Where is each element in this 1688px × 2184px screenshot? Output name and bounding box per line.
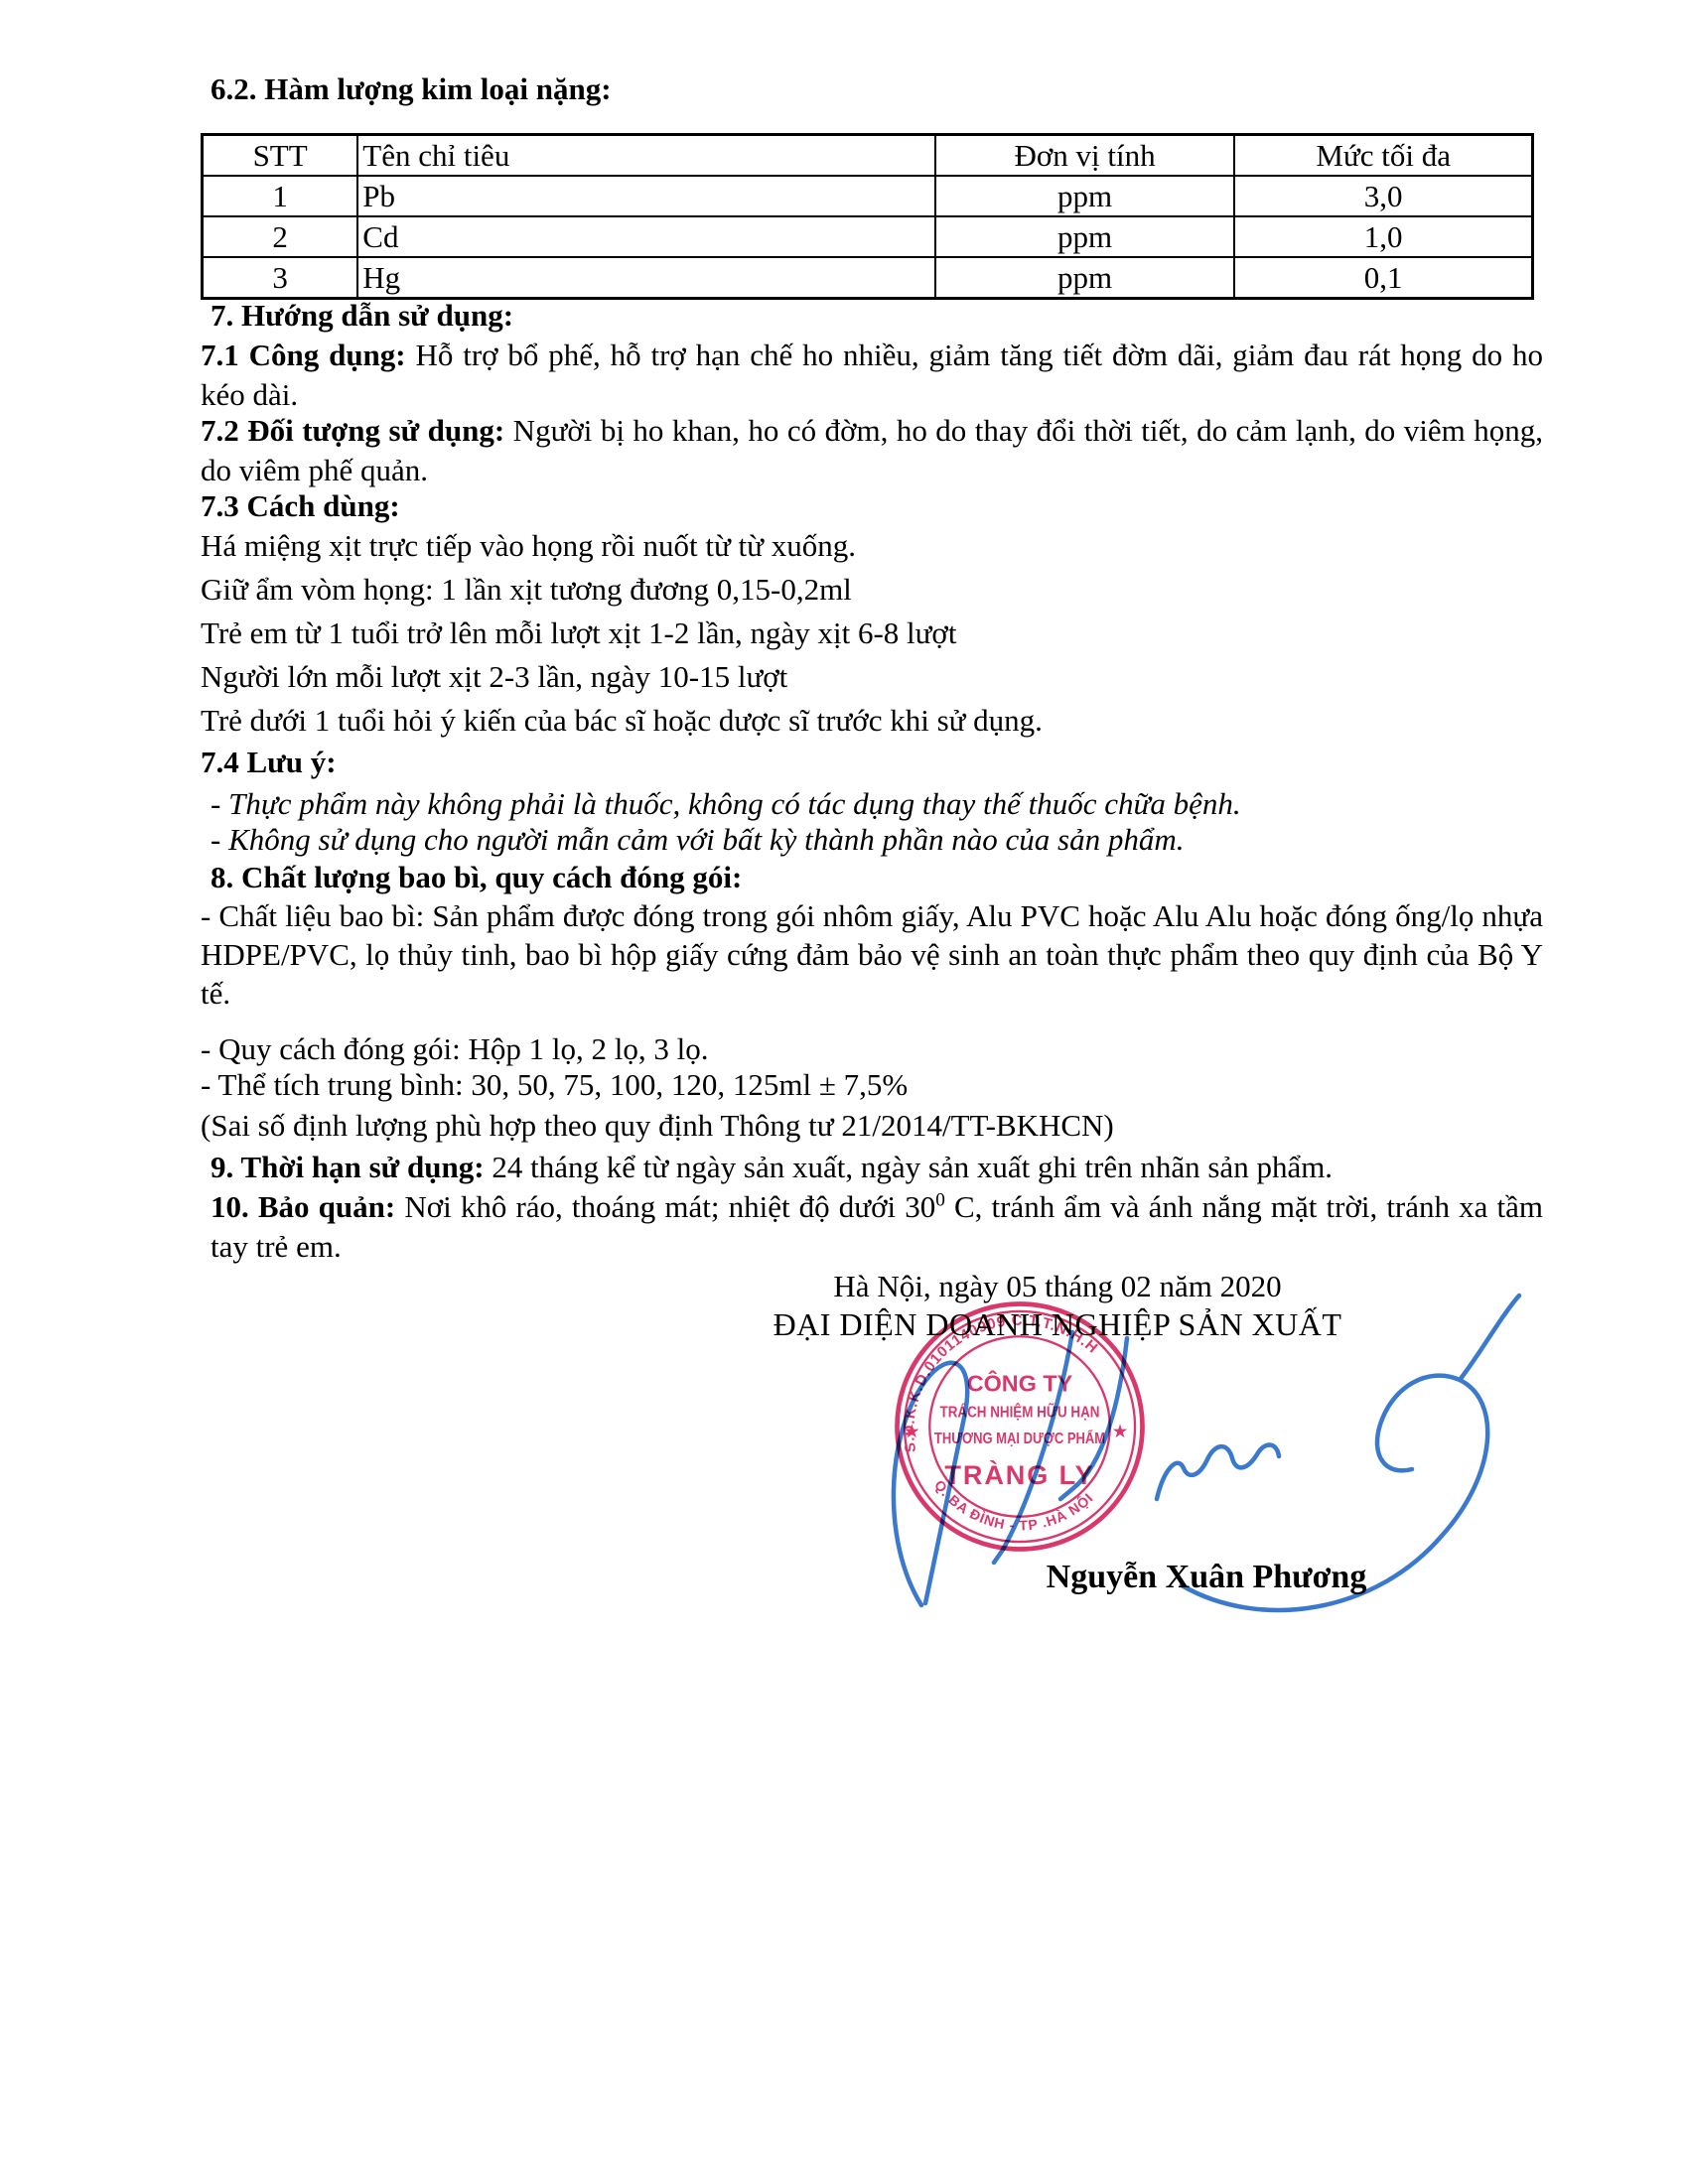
section-8-material-paragraph: - Chất liệu bao bì: Sản phẩm được đóng t… [201, 896, 1543, 1013]
cell-name: Pb [357, 176, 935, 216]
method-line: Giữ ẩm vòm họng: 1 lần xịt tương đương 0… [201, 568, 1543, 612]
cell-unit: ppm [935, 257, 1234, 299]
section-8-tolerance-line: (Sai số định lượng phù hợp theo quy định… [201, 1106, 1543, 1146]
section-9-text: 24 tháng kể từ ngày sản xuất, ngày sản x… [485, 1150, 1333, 1184]
table-row: 2 Cd ppm 1,0 [203, 216, 1533, 257]
section-9-label: 9. Thời hạn sử dụng: [211, 1150, 485, 1184]
table-row: 1 Pb ppm 3,0 [203, 176, 1533, 216]
section-7-4-heading: 7.4 Lưu ý: [201, 743, 1543, 782]
col-header-stt: STT [203, 135, 358, 177]
signature-stroke [1157, 1444, 1279, 1499]
cell-max: 1,0 [1234, 216, 1532, 257]
table-row: 3 Hg ppm 0,1 [203, 257, 1533, 299]
section-7-heading: 7. Hướng dẫn sử dụng: [201, 296, 1543, 336]
signature-stroke [1060, 1338, 1127, 1499]
table-header-row: STT Tên chỉ tiêu Đơn vị tính Mức tối đa [203, 135, 1533, 177]
col-header-unit: Đơn vị tính [935, 135, 1234, 177]
cell-stt: 2 [203, 216, 358, 257]
section-7-2-paragraph: 7.2 Đối tượng sử dụng: Người bị ho khan,… [201, 411, 1543, 490]
section-8-packing-line: - Quy cách đóng gói: Hộp 1 lọ, 2 lọ, 3 l… [201, 1029, 1543, 1069]
note-line: - Không sử dụng cho người mẫn cảm với bấ… [201, 820, 1543, 860]
col-header-max: Mức tối đa [1234, 135, 1532, 177]
temperature-superscript: 0 [935, 1190, 945, 1211]
cell-stt: 1 [203, 176, 358, 216]
cell-unit: ppm [935, 176, 1234, 216]
cell-name: Cd [357, 216, 935, 257]
signature-stroke [1460, 1296, 1519, 1380]
section-7-2-label: 7.2 Đối tượng sử dụng: [201, 413, 504, 448]
method-line: Trẻ em từ 1 tuổi trở lên mỗi lượt xịt 1-… [201, 612, 1543, 655]
section-9-paragraph: 9. Thời hạn sử dụng: 24 tháng kể từ ngày… [201, 1148, 1543, 1187]
col-header-name: Tên chỉ tiêu [357, 135, 935, 177]
signature-stroke [894, 1363, 967, 1605]
section-10-text: Nơi khô ráo, thoáng mát; nhiệt độ dưới 3… [395, 1189, 935, 1224]
section-8-heading: 8. Chất lượng bao bì, quy cách đóng gói: [201, 858, 1543, 897]
section-7-3-instructions: Há miệng xịt trực tiếp vào họng rồi nuốt… [201, 524, 1543, 743]
cell-stt: 3 [203, 257, 358, 299]
section-7-1-label: 7.1 Công dụng: [201, 338, 406, 372]
cell-unit: ppm [935, 216, 1234, 257]
signer-name: Nguyễn Xuân Phương [993, 1559, 1420, 1596]
section-7-1-paragraph: 7.1 Công dụng: Hỗ trợ bổ phế, hỗ trợ hạn… [201, 336, 1543, 415]
method-line: Người lớn mỗi lượt xịt 2-3 lần, ngày 10-… [201, 655, 1543, 699]
heavy-metals-table: STT Tên chỉ tiêu Đơn vị tính Mức tối đa … [201, 133, 1534, 300]
section-10-paragraph: 10. Bảo quản: Nơi khô ráo, thoáng mát; n… [201, 1187, 1543, 1267]
cell-max: 0,1 [1234, 257, 1532, 299]
cell-name: Hg [357, 257, 935, 299]
signature-stroke [994, 1332, 1072, 1563]
cell-max: 3,0 [1234, 176, 1532, 216]
section-6-2-heading: 6.2. Hàm lượng kim loại nặng: [201, 69, 1543, 109]
section-7-3-heading: 7.3 Cách dùng: [201, 486, 1543, 526]
method-line: Há miệng xịt trực tiếp vào họng rồi nuốt… [201, 524, 1543, 568]
note-line: - Thực phẩm này không phải là thuốc, khô… [201, 784, 1543, 824]
method-line: Trẻ dưới 1 tuổi hỏi ý kiến của bác sĩ ho… [201, 699, 1543, 743]
section-10-label: 10. Bảo quản: [211, 1189, 395, 1224]
section-8-volume-line: - Thể tích trung bình: 30, 50, 75, 100, … [201, 1065, 1543, 1105]
document-page: 6.2. Hàm lượng kim loại nặng: STT Tên ch… [0, 0, 1688, 2184]
